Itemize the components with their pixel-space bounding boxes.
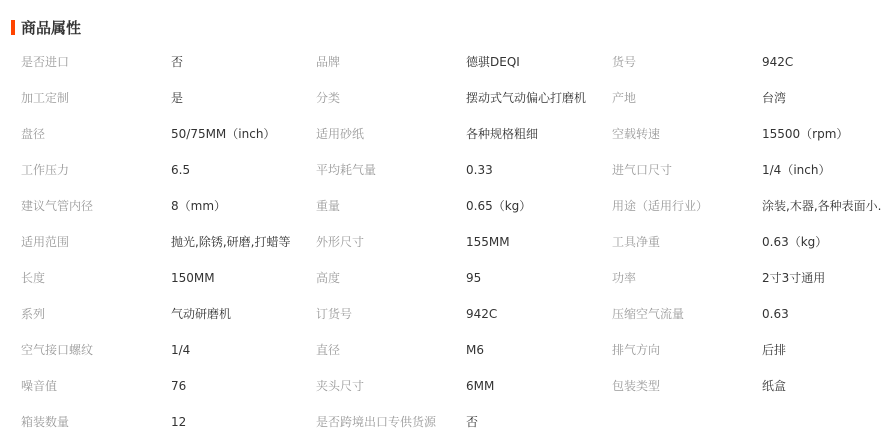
attribute-value: 1/4 [171, 332, 311, 368]
attribute-label: 重量 [316, 188, 461, 224]
attribute-value: 6.5 [171, 152, 311, 188]
attribute-value: 否 [171, 44, 311, 80]
attribute-label: 空载转速 [612, 116, 757, 152]
attribute-row: 系列 气动研磨机 订货号 942C 压缩空气流量 0.63 [0, 296, 881, 332]
section-title: 商品属性 [21, 17, 81, 38]
attribute-label: 适用范围 [21, 224, 166, 260]
attribute-label: 空气接口螺纹 [21, 332, 166, 368]
attribute-value: 15500（rpm） [762, 116, 881, 152]
attribute-label: 加工定制 [21, 80, 166, 116]
attribute-value: 50/75MM（inch） [171, 116, 311, 152]
attribute-value: 抛光,除锈,研磨,打蜡等 [171, 224, 311, 260]
attribute-value: 0.63 [762, 296, 881, 332]
attribute-row: 噪音值 76 夹头尺寸 6MM 包装类型 纸盒 [0, 368, 881, 404]
attribute-value: 后排 [762, 332, 881, 368]
attribute-label: 外形尺寸 [316, 224, 461, 260]
attribute-value: 涂装,木器,各种表面小... [762, 188, 881, 224]
attribute-value: 2寸3寸通用 [762, 260, 881, 296]
attribute-label: 平均耗气量 [316, 152, 461, 188]
attribute-label: 夹头尺寸 [316, 368, 461, 404]
attribute-value: 气动研磨机 [171, 296, 311, 332]
attribute-label: 品牌 [316, 44, 461, 80]
attribute-value: 是 [171, 80, 311, 116]
attribute-value: 0.65（kg） [466, 188, 606, 224]
attribute-table: 是否进口 否 品牌 德骐DEQI 货号 942C 加工定制 是 分类 摆动式气动… [0, 44, 881, 440]
attribute-value: 95 [466, 260, 606, 296]
attribute-value: 台湾 [762, 80, 881, 116]
attribute-row: 工作压力 6.5 平均耗气量 0.33 进气口尺寸 1/4（inch） [0, 152, 881, 188]
attribute-row: 空气接口螺纹 1/4 直径 M6 排气方向 后排 [0, 332, 881, 368]
attribute-label: 货号 [612, 44, 757, 80]
attribute-label: 包装类型 [612, 368, 757, 404]
attribute-label: 分类 [316, 80, 461, 116]
attribute-row: 盘径 50/75MM（inch） 适用砂纸 各种规格粗细 空载转速 15500（… [0, 116, 881, 152]
attribute-value: 150MM [171, 260, 311, 296]
attribute-value: 各种规格粗细 [466, 116, 606, 152]
attribute-label: 压缩空气流量 [612, 296, 757, 332]
attribute-label: 用途（适用行业） [612, 188, 757, 224]
attribute-value: 1/4（inch） [762, 152, 881, 188]
attribute-row: 长度 150MM 高度 95 功率 2寸3寸通用 [0, 260, 881, 296]
attribute-value: 0.63（kg） [762, 224, 881, 260]
attribute-value: 德骐DEQI [466, 44, 606, 80]
attribute-value: 0.33 [466, 152, 606, 188]
attribute-value: 155MM [466, 224, 606, 260]
attribute-label: 订货号 [316, 296, 461, 332]
attribute-label: 长度 [21, 260, 166, 296]
attribute-value: 8（mm） [171, 188, 311, 224]
attribute-label: 系列 [21, 296, 166, 332]
attribute-label: 工作压力 [21, 152, 166, 188]
attribute-label: 排气方向 [612, 332, 757, 368]
attribute-label: 建议气管内径 [21, 188, 166, 224]
attribute-label: 产地 [612, 80, 757, 116]
attribute-value: 否 [466, 404, 606, 440]
attribute-label: 进气口尺寸 [612, 152, 757, 188]
attribute-row: 建议气管内径 8（mm） 重量 0.65（kg） 用途（适用行业） 涂装,木器,… [0, 188, 881, 224]
attribute-row: 箱装数量 12 是否跨境出口专供货源 否 [0, 404, 881, 440]
attribute-label: 是否跨境出口专供货源 [316, 404, 461, 440]
section-header: 商品属性 [11, 16, 81, 38]
attribute-label: 是否进口 [21, 44, 166, 80]
attribute-row: 加工定制 是 分类 摆动式气动偏心打磨机 产地 台湾 [0, 80, 881, 116]
attribute-value: 摆动式气动偏心打磨机 [466, 80, 606, 116]
attribute-label: 箱装数量 [21, 404, 166, 440]
attribute-value: 942C [762, 44, 881, 80]
attribute-value: 12 [171, 404, 311, 440]
attribute-label: 功率 [612, 260, 757, 296]
attribute-label: 工具净重 [612, 224, 757, 260]
attribute-label: 直径 [316, 332, 461, 368]
attribute-value: M6 [466, 332, 606, 368]
title-accent-bar [11, 20, 15, 35]
attribute-value: 纸盒 [762, 368, 881, 404]
attribute-row: 是否进口 否 品牌 德骐DEQI 货号 942C [0, 44, 881, 80]
attribute-label: 高度 [316, 260, 461, 296]
attribute-label: 适用砂纸 [316, 116, 461, 152]
attribute-value: 942C [466, 296, 606, 332]
attribute-value: 76 [171, 368, 311, 404]
attribute-value: 6MM [466, 368, 606, 404]
attribute-label: 盘径 [21, 116, 166, 152]
attribute-label: 噪音值 [21, 368, 166, 404]
attribute-row: 适用范围 抛光,除锈,研磨,打蜡等 外形尺寸 155MM 工具净重 0.63（k… [0, 224, 881, 260]
